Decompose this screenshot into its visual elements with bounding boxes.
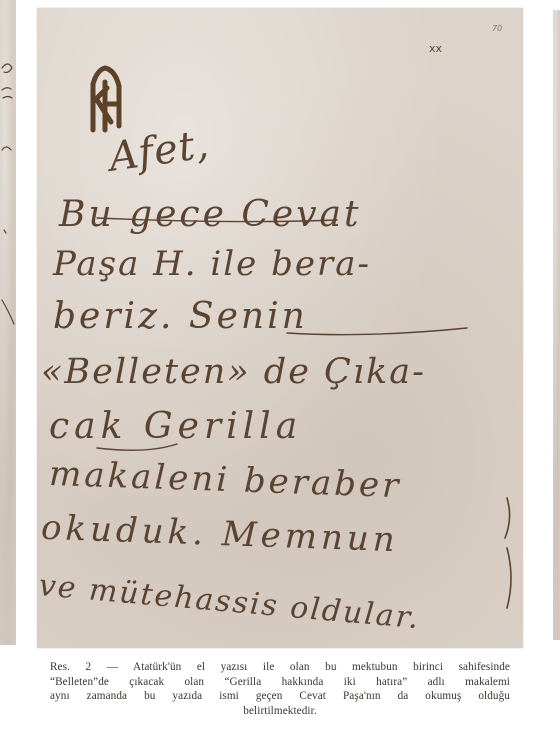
caption-line-4: belirtilmektedir. bbox=[50, 704, 510, 719]
left-page-handwriting bbox=[0, 0, 16, 645]
adjacent-page-right bbox=[553, 10, 560, 640]
figure-caption: Res. 2 — Atatürk'ün el yazısı ile olan b… bbox=[50, 660, 510, 718]
handwriting-strokes bbox=[37, 8, 523, 648]
letter-page: xx 70 Afet, Bu gece Cevat Paşa H. ile be… bbox=[37, 8, 523, 648]
caption-line-3: aynı zamanda bu yazıda ismi geçen Cevat … bbox=[50, 689, 510, 704]
caption-line-1: Res. 2 — Atatürk'ün el yazısı ile olan b… bbox=[50, 660, 510, 675]
caption-line-2: “Belleten”de çıkacak olan “Gerilla hakkı… bbox=[50, 675, 510, 690]
adjacent-page-left bbox=[0, 0, 16, 645]
